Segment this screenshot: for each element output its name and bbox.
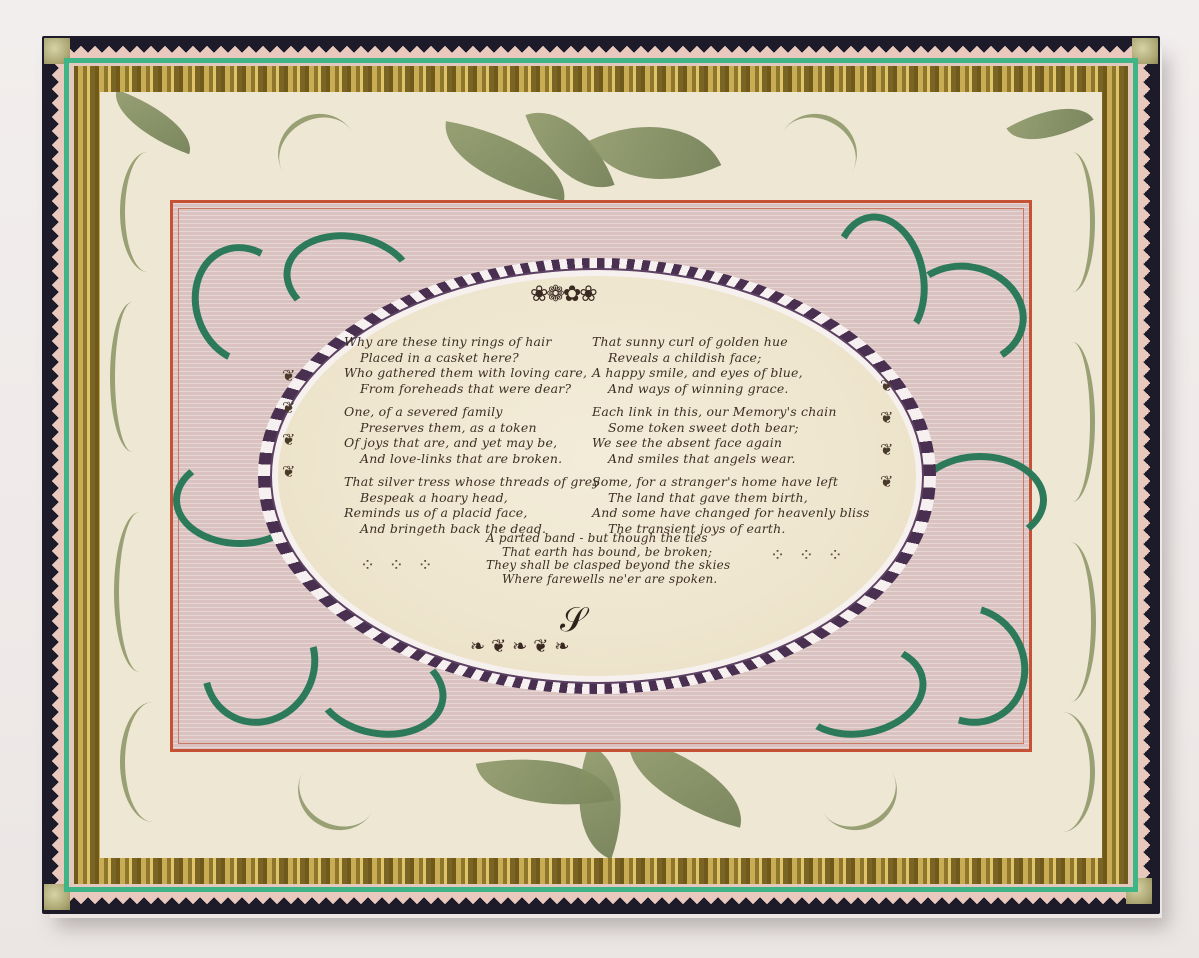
zigzag-right: [1138, 46, 1150, 904]
frond-icon: [1045, 542, 1096, 702]
verse-line: And smiles that angels wear.: [592, 451, 869, 467]
verse-line: A happy smile, and eyes of blue,: [592, 365, 869, 381]
verse-line: The land that gave them birth,: [592, 490, 869, 506]
verse-line: Why are these tiny rings of hair: [344, 334, 600, 350]
verse-line: Preserves them, as a token: [344, 420, 600, 436]
verse-line: Where farewells ne'er are spoken.: [486, 573, 730, 587]
frond-icon: [764, 100, 871, 205]
zigzag-bottom: [52, 892, 1150, 904]
verse-closing-stanza: A parted band - but though the ties That…: [486, 532, 730, 586]
verse-line: Each link in this, our Memory's chain: [592, 404, 869, 420]
dotted-vine-icon: ⁘ ⁘ ⁘: [770, 545, 847, 566]
verse-line: Reveals a childish face;: [592, 350, 869, 366]
frond-icon: [264, 100, 371, 205]
frond-icon: [284, 740, 391, 845]
verse-left-column: Why are these tiny rings of hair Placed …: [344, 334, 600, 544]
verse-line: From foreheads that were dear?: [344, 381, 600, 397]
frond-icon: [1050, 152, 1095, 292]
verse-right-column: That sunny curl of golden hue Reveals a …: [592, 334, 869, 544]
calligraphic-flourish-icon: 𝒮: [560, 600, 586, 640]
stanza: That silver tress whose threads of grey …: [344, 474, 600, 536]
frond-icon: [1050, 342, 1095, 502]
verse-line: Of joys that are, and yet may be,: [344, 435, 600, 451]
verse-line: A parted band - but though the ties: [486, 532, 730, 546]
verse-line: Some token sweet doth bear;: [592, 420, 869, 436]
verse-line: And some have changed for heavenly bliss: [592, 505, 869, 521]
verse-line: That sunny curl of golden hue: [592, 334, 869, 350]
zigzag-left: [52, 46, 64, 904]
frond-icon: [114, 512, 165, 672]
zigzag-top: [52, 46, 1150, 58]
verse-line: Bespeak a hoary head,: [344, 490, 600, 506]
floral-spray-icon: ❀❁✿❀: [530, 282, 596, 307]
verse-line: And ways of winning grace.: [592, 381, 869, 397]
verse-line: Some, for a stranger's home have left: [592, 474, 869, 490]
vine-right-icon: ❦❦❦❦: [880, 370, 893, 498]
verse-line: Placed in a casket here?: [344, 350, 600, 366]
stanza: Why are these tiny rings of hair Placed …: [344, 334, 600, 396]
verse-line: Who gathered them with loving care,: [344, 365, 600, 381]
leaf-icon: [589, 94, 722, 211]
stanza: That sunny curl of golden hue Reveals a …: [592, 334, 869, 396]
verse-line: We see the absent face again: [592, 435, 869, 451]
verse-line: That silver tress whose threads of grey: [344, 474, 600, 490]
dotted-vine-icon: ⁘ ⁘ ⁘: [360, 555, 437, 576]
frond-icon: [120, 152, 175, 272]
leaf-icon: [105, 92, 202, 154]
verse-line: And love-links that are broken.: [344, 451, 600, 467]
frond-icon: [110, 302, 155, 452]
stanza: Some, for a stranger's home have left Th…: [592, 474, 869, 536]
frond-icon: [1030, 712, 1095, 832]
frond-icon: [804, 740, 911, 845]
leaf-icon: [1006, 92, 1093, 160]
vine-left-icon: ❦❦❦❦: [282, 360, 295, 488]
verse-line: They shall be clasped beyond the skies: [486, 559, 730, 573]
stanza: Each link in this, our Memory's chain So…: [592, 404, 869, 466]
verse-line: Reminds us of a placid face,: [344, 505, 600, 521]
leaf-row-icon: ❧❦❧❦❧: [470, 636, 575, 657]
verse-line: One, of a severed family: [344, 404, 600, 420]
stanza: One, of a severed family Preserves them,…: [344, 404, 600, 466]
verse-line: That earth has bound, be broken;: [486, 546, 730, 560]
